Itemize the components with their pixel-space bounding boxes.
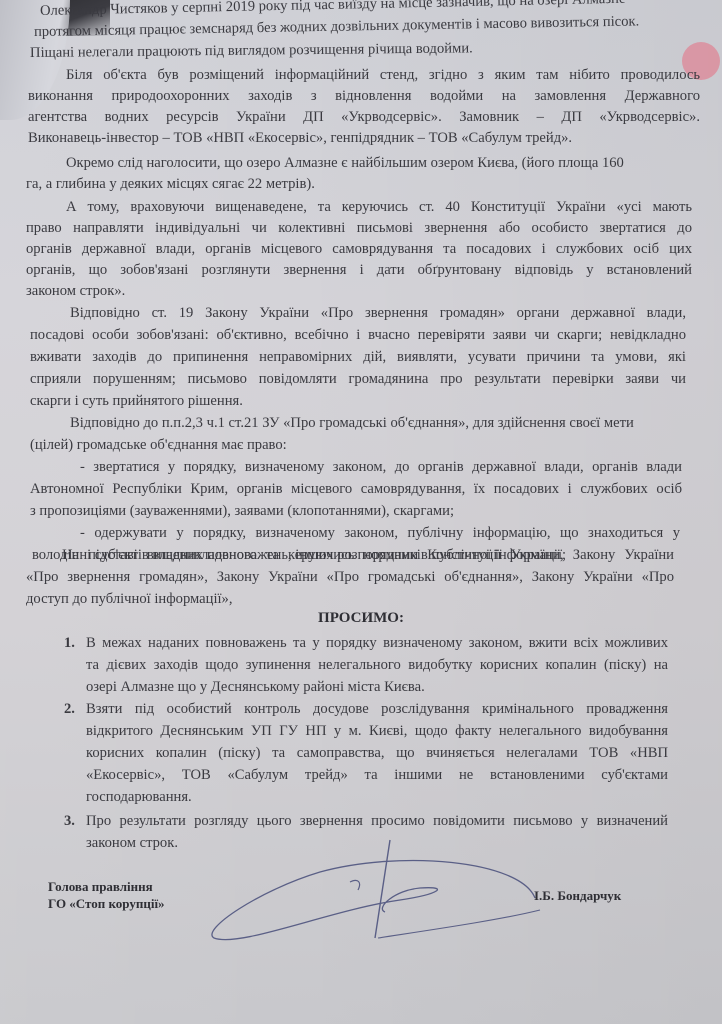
signatory-title-line-2: ГО «Стоп корупції» <box>48 895 165 912</box>
constitution-line-3: органів державної влади, органів місцево… <box>26 238 692 260</box>
right1-line-3: з пропозиціями (зауваженнями), заявами (… <box>30 500 454 522</box>
basis-line-3: доступ до публічної інформації», <box>26 588 233 610</box>
law19-line-4: сприяли порушенням; письмово повідомляти… <box>30 368 686 390</box>
basis-line-2: «Про звернення громадян», Закону України… <box>26 566 674 588</box>
request-2-number: 2. <box>64 698 75 720</box>
signatory-title-line-1: Голова правління <box>48 878 165 895</box>
constitution-line-2: право направляти індивідуальні чи колект… <box>26 217 692 239</box>
request-heading: ПРОСИМО: <box>0 610 722 627</box>
request-1-line-1: В межах наданих повноважень та у порядку… <box>86 632 668 654</box>
law19-line-1: Відповідно ст. 19 Закону України «Про зв… <box>70 302 686 324</box>
law21-line-2: (цілей) громадське об'єднання має право: <box>30 434 287 456</box>
request-2-line-3: корисних копалин (піску) та самоправства… <box>86 742 668 764</box>
right1-line-1: - звертатися у порядку, визначеному зако… <box>80 456 682 478</box>
constitution-line-1: А тому, враховуючи вищенаведене, та керу… <box>66 196 692 218</box>
lake-line-2: га, а глибина у деяких місцях сягає 22 м… <box>26 173 315 195</box>
stand-line-2: виконання природоохоронних заходів з від… <box>28 85 700 107</box>
stand-line-1: Біля об'єкта був розміщений інформаційни… <box>66 64 700 86</box>
request-2-line-1: Взяти під особистий контроль досудове ро… <box>86 698 668 720</box>
request-1-line-2: та дієвих заходів щодо зупинення нелегал… <box>86 654 668 676</box>
right2-line-1: - одержувати у порядку, визначеному зако… <box>80 522 680 544</box>
constitution-line-5: законом строк». <box>26 280 125 302</box>
lake-line-1: Окремо слід наголосити, що озеро Алмазне… <box>66 152 624 174</box>
basis-line-1: На підставі вищевикладеного та керуючись… <box>62 544 674 566</box>
request-1-number: 1. <box>64 632 75 654</box>
stand-line-4: Виконавець-інвестор – ТОВ «НВП «Екосерві… <box>28 127 572 149</box>
request-2-line-2: відкритого Деснянським УП ГУ НП у м. Киє… <box>86 720 668 742</box>
request-3-line-2: законом строк. <box>86 832 178 854</box>
intro-line-3: Піщані нелегали працюють під виглядом ро… <box>30 37 473 64</box>
request-2-line-4: «Екосервіс», ТОВ «Сабулум трейд» та інши… <box>86 764 668 786</box>
signatory-title: Голова правління ГО «Стоп корупції» <box>48 878 165 912</box>
law21-line-1: Відповідно до п.п.2,3 ч.1 ст.21 ЗУ «Про … <box>70 412 634 434</box>
law19-line-3: вживати заходів до припинення неправомір… <box>30 346 686 368</box>
law19-line-5: скарги і суть прийнятого рішення. <box>30 390 243 412</box>
right1-line-2: Автономної Республіки Крим, органів місц… <box>30 478 682 500</box>
request-2-line-5: господарювання. <box>86 786 192 808</box>
handwritten-signature-icon <box>200 820 560 950</box>
request-3-number: 3. <box>64 810 75 832</box>
stand-line-3: агентства водних ресурсів України ДП «Ук… <box>28 106 700 128</box>
constitution-line-4: органів, що зобов'язані розглянути зверн… <box>26 259 692 281</box>
law19-line-2: посадові особи зобов'язані: об'єктивно, … <box>30 324 686 346</box>
request-1-line-3: озері Алмазне що у Деснянському районі м… <box>86 676 425 698</box>
